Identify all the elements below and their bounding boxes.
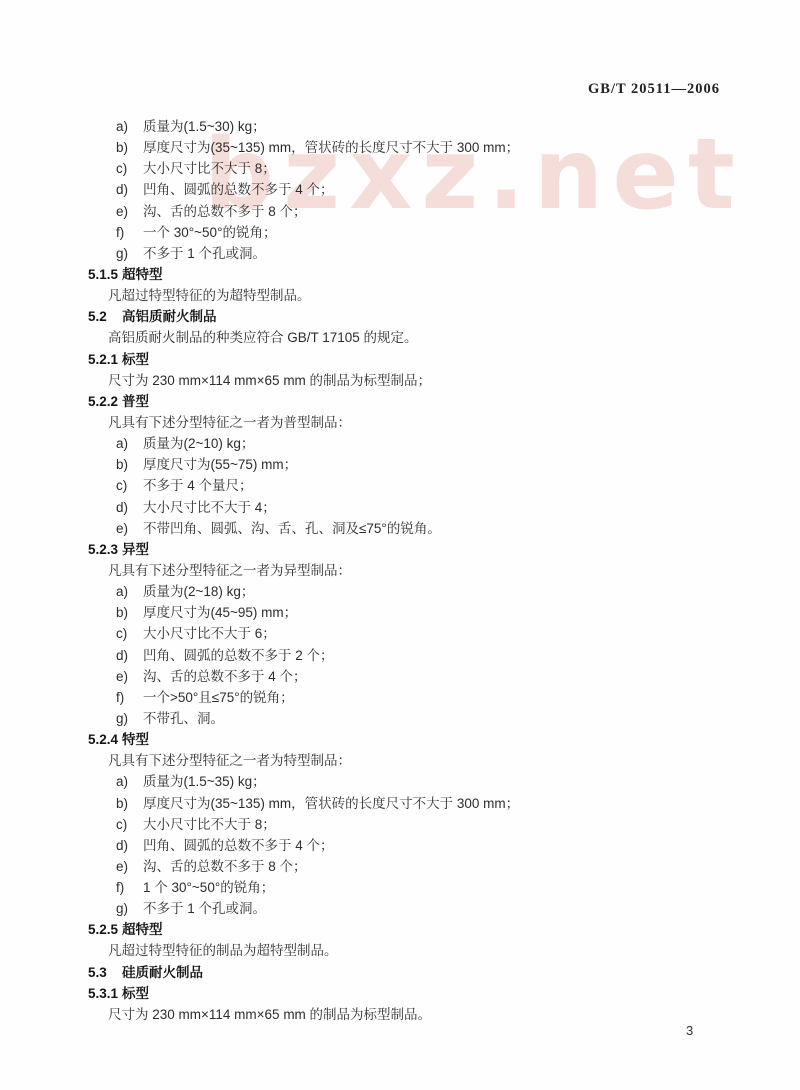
item-letter: d): [116, 645, 143, 666]
list-item: b)厚度尺寸为(35~135) mm，管状砖的长度尺寸不大于 300 mm；: [0, 137, 800, 158]
list-item: e)不带凹角、圆弧、沟、舌、孔、洞及≤75°的锐角。: [0, 518, 800, 539]
paragraph: 高铝质耐火制品的种类应符合 GB/T 17105 的规定。: [0, 327, 800, 348]
item-text: 厚度尺寸为(35~135) mm，管状砖的长度尺寸不大于 300 mm；: [143, 796, 519, 811]
list-item: e)沟、舌的总数不多于 4 个；: [0, 666, 800, 687]
item-text: 凹角、圆弧的总数不多于 4 个；: [143, 182, 334, 197]
item-letter: f): [116, 687, 143, 708]
list-item: b)厚度尺寸为(45~95) mm；: [0, 602, 800, 623]
item-text: 沟、舌的总数不多于 4 个；: [143, 669, 307, 684]
list-item: e)沟、舌的总数不多于 8 个；: [0, 856, 800, 877]
paragraph: 凡超过特型特征的制品为超特型制品。: [0, 940, 800, 961]
section-title: 高铝质耐火制品: [122, 309, 217, 324]
item-letter: d): [116, 497, 143, 518]
list-item: g)不多于 1 个孔或洞。: [0, 243, 800, 264]
section-title: 异型: [122, 542, 149, 557]
item-text: 凹角、圆弧的总数不多于 2 个；: [143, 648, 334, 663]
item-letter: e): [116, 201, 143, 222]
item-letter: d): [116, 835, 143, 856]
item-letter: e): [116, 518, 143, 539]
item-letter: c): [116, 623, 143, 644]
item-text: 一个 30°~50°的锐角；: [143, 225, 276, 240]
item-text: 不多于 1 个孔或洞。: [143, 246, 266, 261]
list-item: f)一个 30°~50°的锐角；: [0, 222, 800, 243]
list-item: f)1 个 30°~50°的锐角；: [0, 877, 800, 898]
list-item: c)大小尺寸比不大于 8；: [0, 814, 800, 835]
item-text: 大小尺寸比不大于 8；: [143, 817, 276, 832]
list-item: b)厚度尺寸为(55~75) mm；: [0, 454, 800, 475]
item-letter: b): [116, 602, 143, 623]
list-item: g)不带孔、洞。: [0, 708, 800, 729]
item-text: 质量为(1.5~35) kg；: [143, 774, 266, 789]
item-letter: c): [116, 475, 143, 496]
item-text: 一个>50°且≤75°的锐角；: [143, 690, 294, 705]
list-item: f)一个>50°且≤75°的锐角；: [0, 687, 800, 708]
list-item: d)凹角、圆弧的总数不多于 4 个；: [0, 179, 800, 200]
section-heading: 5.2高铝质耐火制品: [0, 306, 800, 327]
section-heading: 5.2.3异型: [0, 539, 800, 560]
item-text: 厚度尺寸为(45~95) mm；: [143, 605, 297, 620]
item-text: 质量为(2~10) kg；: [143, 436, 254, 451]
section-number: 5.2: [88, 306, 122, 327]
section-heading: 5.2.1标型: [0, 349, 800, 370]
item-letter: a): [116, 116, 143, 137]
section-number: 5.3.1: [88, 983, 122, 1004]
list-item: e)沟、舌的总数不多于 8 个；: [0, 201, 800, 222]
section-heading: 5.1.5超特型: [0, 264, 800, 285]
item-text: 1 个 30°~50°的锐角；: [143, 880, 274, 895]
list-item: d)凹角、圆弧的总数不多于 4 个；: [0, 835, 800, 856]
section-title: 超特型: [122, 267, 163, 282]
paragraph: 凡具有下述分型特征之一者为普型制品：: [0, 412, 800, 433]
list-item: c)大小尺寸比不大于 8；: [0, 158, 800, 179]
section-number: 5.2.3: [88, 539, 122, 560]
section-title: 标型: [122, 986, 149, 1001]
item-text: 大小尺寸比不大于 8；: [143, 161, 276, 176]
section-number: 5.3: [88, 962, 122, 983]
page-number: 3: [686, 1023, 693, 1038]
section-title: 标型: [122, 352, 149, 367]
item-letter: g): [116, 898, 143, 919]
list-item: c)大小尺寸比不大于 6；: [0, 623, 800, 644]
item-letter: a): [116, 771, 143, 792]
document-body: a)质量为(1.5~30) kg；b)厚度尺寸为(35~135) mm，管状砖的…: [0, 116, 800, 1025]
section-number: 5.2.1: [88, 349, 122, 370]
section-heading: 5.3.1标型: [0, 983, 800, 1004]
section-title: 特型: [122, 732, 149, 747]
item-letter: b): [116, 137, 143, 158]
item-letter: g): [116, 708, 143, 729]
list-item: a)质量为(2~18) kg；: [0, 581, 800, 602]
section-number: 5.2.4: [88, 729, 122, 750]
item-letter: f): [116, 877, 143, 898]
paragraph: 凡超过特型特征的为超特型制品。: [0, 285, 800, 306]
section-title: 硅质耐火制品: [122, 965, 203, 980]
list-item: d)凹角、圆弧的总数不多于 2 个；: [0, 645, 800, 666]
paragraph: 凡具有下述分型特征之一者为异型制品：: [0, 560, 800, 581]
section-heading: 5.2.4特型: [0, 729, 800, 750]
item-text: 不多于 1 个孔或洞。: [143, 901, 266, 916]
item-text: 不带凹角、圆弧、沟、舌、孔、洞及≤75°的锐角。: [143, 521, 441, 536]
item-letter: c): [116, 814, 143, 835]
section-heading: 5.2.2普型: [0, 391, 800, 412]
section-number: 5.1.5: [88, 264, 122, 285]
paragraph: 尺寸为 230 mm×114 mm×65 mm 的制品为标型制品；: [0, 370, 800, 391]
item-text: 大小尺寸比不大于 6；: [143, 626, 276, 641]
item-text: 质量为(1.5~30) kg；: [143, 119, 266, 134]
paragraph: 凡具有下述分型特征之一者为特型制品：: [0, 750, 800, 771]
item-text: 不多于 4 个量尺；: [143, 478, 253, 493]
item-letter: a): [116, 433, 143, 454]
list-item: a)质量为(1.5~35) kg；: [0, 771, 800, 792]
item-letter: a): [116, 581, 143, 602]
item-text: 厚度尺寸为(35~135) mm，管状砖的长度尺寸不大于 300 mm；: [143, 140, 519, 155]
list-item: b)厚度尺寸为(35~135) mm，管状砖的长度尺寸不大于 300 mm；: [0, 793, 800, 814]
item-text: 质量为(2~18) kg；: [143, 584, 254, 599]
item-text: 不带孔、洞。: [143, 711, 224, 726]
standard-code-header: GB/T 20511—2006: [588, 81, 720, 98]
list-item: d)大小尺寸比不大于 4；: [0, 497, 800, 518]
list-item: a)质量为(2~10) kg；: [0, 433, 800, 454]
item-letter: f): [116, 222, 143, 243]
section-heading: 5.3硅质耐火制品: [0, 962, 800, 983]
section-title: 普型: [122, 394, 149, 409]
item-letter: b): [116, 454, 143, 475]
item-letter: c): [116, 158, 143, 179]
paragraph: 尺寸为 230 mm×114 mm×65 mm 的制品为标型制品。: [0, 1004, 800, 1025]
section-heading: 5.2.5超特型: [0, 919, 800, 940]
item-text: 厚度尺寸为(55~75) mm；: [143, 457, 297, 472]
item-letter: b): [116, 793, 143, 814]
list-item: g)不多于 1 个孔或洞。: [0, 898, 800, 919]
section-title: 超特型: [122, 922, 163, 937]
item-text: 凹角、圆弧的总数不多于 4 个；: [143, 838, 334, 853]
list-item: c)不多于 4 个量尺；: [0, 475, 800, 496]
item-letter: e): [116, 856, 143, 877]
section-number: 5.2.5: [88, 919, 122, 940]
document-page: bzxz.net GB/T 20511—2006 a)质量为(1.5~30) k…: [0, 0, 800, 1090]
list-item: a)质量为(1.5~30) kg；: [0, 116, 800, 137]
item-letter: d): [116, 179, 143, 200]
item-text: 沟、舌的总数不多于 8 个；: [143, 859, 307, 874]
item-letter: e): [116, 666, 143, 687]
item-text: 大小尺寸比不大于 4；: [143, 500, 276, 515]
item-text: 沟、舌的总数不多于 8 个；: [143, 204, 307, 219]
section-number: 5.2.2: [88, 391, 122, 412]
item-letter: g): [116, 243, 143, 264]
